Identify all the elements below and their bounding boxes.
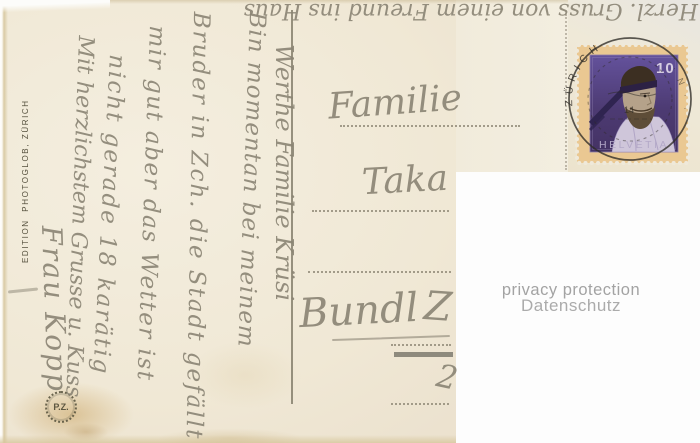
postcard-scan: EDITION PHOTOGLOB, ZÜRICH P.Z. Werthe Fa… <box>0 0 700 443</box>
address-line-3-flourish: Z <box>422 283 453 331</box>
message-line-1: Werthe Familie Krüsi <box>270 44 298 301</box>
postcard-paper-right-strip <box>456 0 568 172</box>
address-dotted-line-2 <box>312 210 449 212</box>
stamp-country-label: HELVETIA <box>599 139 669 151</box>
address-dotted-line-3 <box>308 271 451 273</box>
card-left-edge <box>0 0 8 443</box>
address-line-3: Bundl <box>298 285 420 337</box>
address-dotted-line-4 <box>391 344 451 346</box>
postmark-center-mark: 14 <box>624 105 634 115</box>
helvetia-stamp: 10 HELVETIA <box>577 45 688 163</box>
message-line-7: Frau Kopp <box>35 225 74 393</box>
stamp-and-postmark: 10 HELVETIA ZÜRICH · · N · 14 <box>560 20 700 170</box>
address-line-2: Taka <box>361 158 449 203</box>
card-corner-highlight <box>0 0 110 13</box>
address-dotted-line-1 <box>340 125 520 127</box>
privacy-watermark: privacy protection Datenschutz <box>486 283 656 313</box>
bottom-stain <box>140 424 320 443</box>
privacy-watermark-line-2: Datenschutz <box>486 298 656 313</box>
pz-logo-text: P.Z. <box>53 402 68 412</box>
address-dotted-line-5 <box>391 403 449 405</box>
corner-stain-dark <box>56 420 116 443</box>
publisher-imprint: EDITION PHOTOGLOB, ZÜRICH <box>21 99 30 263</box>
